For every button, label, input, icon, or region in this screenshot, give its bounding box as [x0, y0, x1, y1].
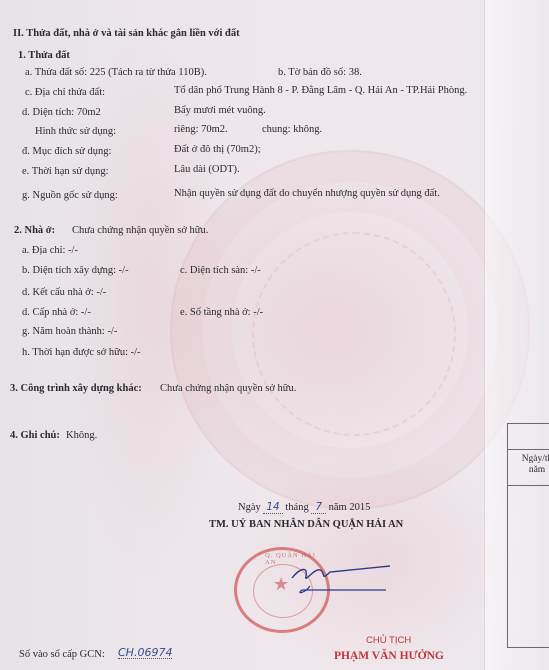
origin-label: g. Nguồn gốc sử dụng:	[22, 191, 118, 202]
area-label: d. Diện tích: 70m2	[22, 108, 101, 119]
usage-shared: chung: không.	[262, 125, 322, 136]
house-built-area: b. Diện tích xây dựng: -/-	[22, 266, 129, 277]
side-date-table: Ngày/thnăm	[507, 423, 549, 648]
house-ownership-term: h. Thời hạn được sở hữu: -/-	[22, 348, 141, 359]
signer-name: PHẠM VĂN HƯỞNG	[334, 651, 444, 663]
house-grade: d. Cấp nhà ở: -/-	[22, 308, 91, 319]
side-box-header-2: năm	[529, 465, 545, 475]
map-sheet: b. Tờ bản đồ số: 38.	[278, 68, 362, 79]
purpose-value: Đất ở đô thị (70m2);	[174, 145, 261, 156]
watermark-drum-emblem	[170, 150, 530, 510]
registry-number: CH.06974	[118, 647, 172, 659]
issuing-authority: TM. UỶ BAN NHÂN DÂN QUẬN HẢI AN	[209, 520, 403, 531]
registry-label: Số vào sổ cấp GCN:	[19, 650, 105, 661]
house-floors: e. Số tầng nhà ở: -/-	[180, 308, 263, 319]
other-works-heading: 3. Công trình xây dựng khác:	[10, 384, 142, 395]
house-heading: 2. Nhà ở:	[14, 225, 55, 236]
star-icon: ★	[273, 574, 289, 595]
purpose-label: đ. Mục đích sử dụng:	[22, 147, 111, 158]
house-status: Chưa chứng nhận quyền sở hữu.	[72, 226, 208, 237]
signature-scribble	[290, 560, 400, 600]
house-year-completed: g. Năm hoàn thành: -/-	[22, 327, 117, 338]
term-value: Lâu dài (ODT).	[174, 165, 240, 176]
area-value: Bẩy mươi mét vuông.	[174, 106, 266, 117]
other-works-value: Chưa chứng nhận quyền sở hữu.	[160, 384, 296, 395]
house-floor-area: c. Diện tích sàn: -/-	[180, 266, 261, 277]
date-month: 7	[311, 501, 326, 514]
address-value: Tổ dân phố Trung Hành 8 - P. Đằng Lâm - …	[174, 86, 467, 97]
notes-heading: 4. Ghi chú:	[10, 431, 60, 442]
address-label: c. Địa chỉ thửa đất:	[25, 88, 105, 99]
land-heading: 1. Thửa đất	[18, 51, 70, 62]
house-structure: d. Kết cấu nhà ở: -/-	[22, 288, 106, 299]
origin-value: Nhận quyền sử dụng đất do chuyển nhượng …	[174, 189, 440, 200]
usage-form-label: Hình thức sử dụng:	[35, 127, 116, 138]
usage-private: riêng: 70m2.	[174, 125, 228, 136]
term-label: e. Thời hạn sử dụng:	[22, 167, 109, 178]
side-box-header-1: Ngày/th	[522, 454, 549, 464]
parcel-number: a. Thửa đất số: 225 (Tách ra từ thửa 110…	[25, 68, 207, 79]
section-title: II. Thửa đất, nhà ở và tài sản khác gắn …	[13, 29, 240, 40]
date-day: 14	[263, 501, 282, 514]
house-address: a. Địa chỉ: -/-	[22, 246, 78, 257]
signer-title: CHỦ TỊCH	[366, 636, 411, 646]
signing-date: Ngày 14 tháng 7 năm 2015	[238, 502, 370, 514]
notes-value: Không.	[66, 431, 97, 442]
